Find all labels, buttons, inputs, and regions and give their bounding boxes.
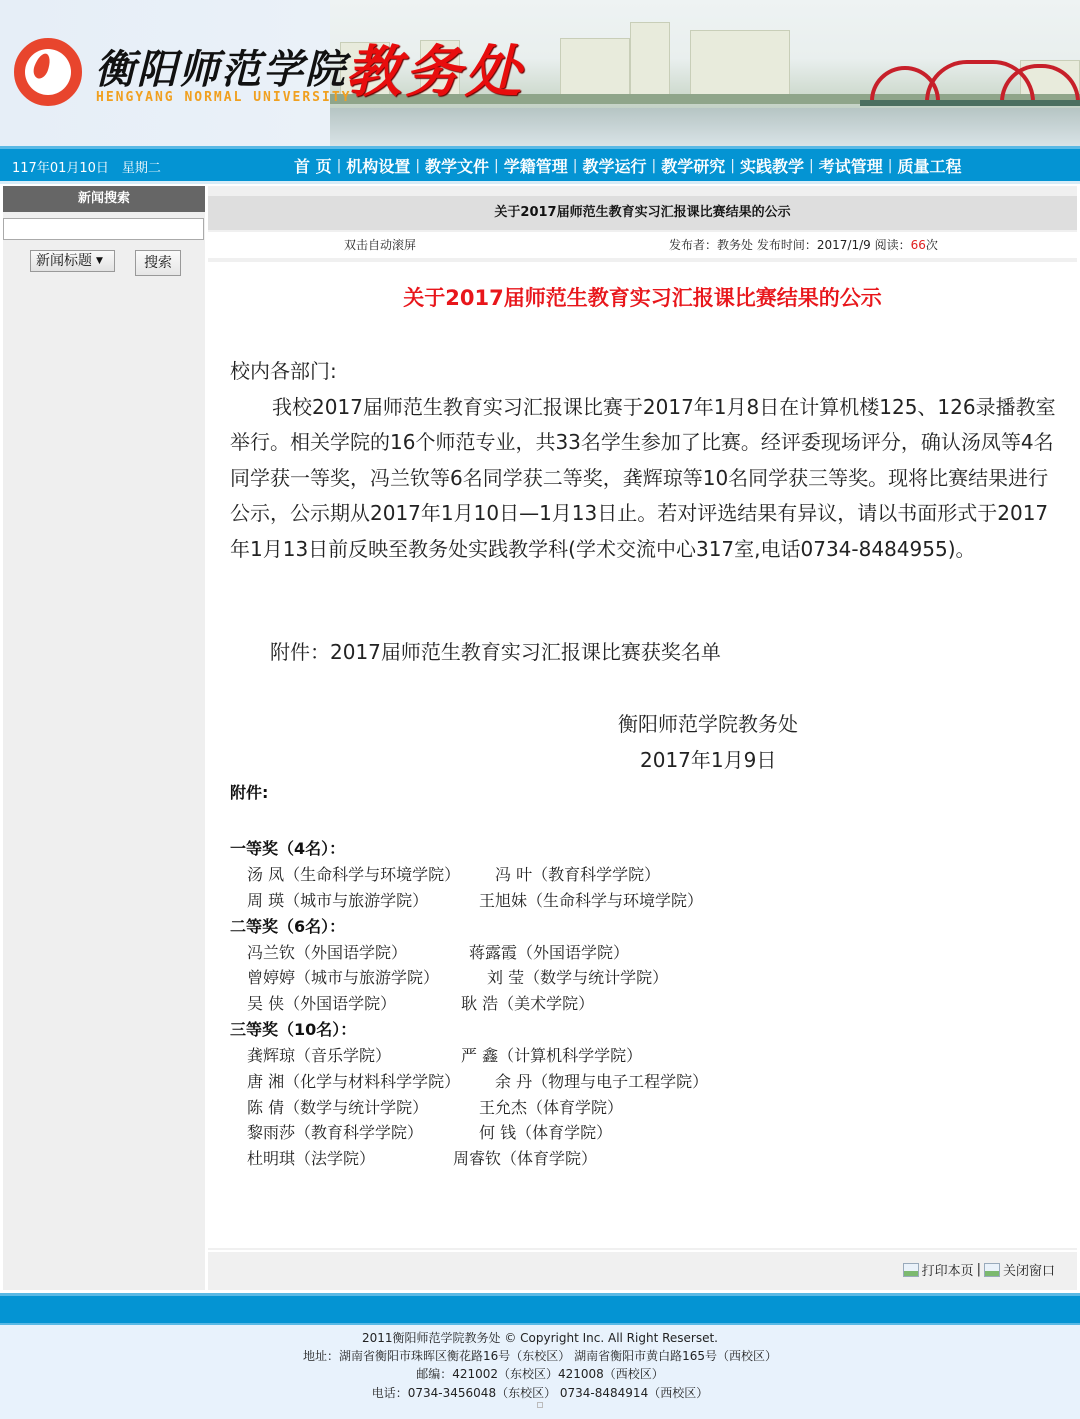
footer-postcode: 邮编：421002（东校区）421008（西校区）	[0, 1365, 1080, 1383]
university-logo	[14, 38, 82, 106]
greeting: 校内各部门:	[230, 354, 1060, 390]
attachment-line: 附件：2017届师范生教育实习汇报课比赛获奖名单	[270, 636, 721, 665]
signature: 衡阳师范学院教务处	[618, 708, 798, 737]
nav-exam-management[interactable]: 考试管理	[815, 154, 887, 177]
article-body: 校内各部门: 我校2017届师范生教育实习汇报课比赛于2017年1月8日在计算机…	[230, 354, 1060, 568]
award-row: 曾婷婷（城市与旅游学院）刘 莹（数学与统计学院）	[230, 965, 356, 991]
award-row: 冯兰钦（外国语学院）蒋露霞（外国语学院）	[230, 940, 356, 966]
footer-bar	[0, 1293, 1080, 1325]
nav-student-status[interactable]: 学籍管理	[500, 154, 572, 177]
award-row: 陈 倩（数学与统计学院）王允杰（体育学院）	[230, 1095, 356, 1121]
footer: 2011衡阳师范学院教务处 © Copyright Inc. All Right…	[0, 1325, 1080, 1419]
publish-info: 发布者：教务处 发布时间：2017/1/9 阅读：66次	[669, 232, 938, 258]
award-row: 吴 侠（外国语学院）耿 浩（美术学院）	[230, 991, 356, 1017]
search-button[interactable]: 搜索	[135, 250, 181, 276]
article-content: 关于2017届师范生教育实习汇报课比赛结果的公示 校内各部门: 我校2017届师…	[208, 262, 1077, 1248]
award-heading-second: 二等奖（6名）：	[230, 914, 356, 940]
nav-home[interactable]: 首 页	[290, 154, 336, 177]
close-window-link[interactable]: 关闭窗口	[1003, 1260, 1055, 1279]
nav-separator: |	[336, 158, 343, 174]
nav-quality-engineering[interactable]: 质量工程	[893, 154, 965, 177]
award-row: 黎雨莎（教育科学学院）何 钱（体育学院）	[230, 1120, 356, 1146]
award-row: 唐 湘（化学与材料科学学院）余 丹（物理与电子工程学院）	[230, 1069, 356, 1095]
department-title: 教务处	[345, 28, 525, 108]
award-list: 一等奖（4名）： 汤 凤（生命科学与环境学院）冯 叶（教育科学学院） 周 瑛（城…	[230, 836, 356, 1172]
close-window-icon[interactable]	[984, 1263, 1000, 1277]
main-nav-bar: 117年01月10日 星期二 首 页 | 机构设置 | 教学文件 | 学籍管理 …	[0, 146, 1080, 184]
nav-separator: |	[729, 158, 736, 174]
nav-teaching-documents[interactable]: 教学文件	[421, 154, 493, 177]
signature-date: 2017年1月9日	[640, 744, 776, 773]
footer-small-icon	[537, 1402, 543, 1408]
search-field-value: 新闻标题	[36, 253, 92, 269]
nav-separator: |	[493, 158, 500, 174]
award-row: 龚辉琼（音乐学院）严 鑫（计算机科学学院）	[230, 1043, 356, 1069]
article-tools: 打印本页 | 关闭窗口	[208, 1250, 1077, 1284]
publisher: 教务处	[717, 238, 753, 252]
news-search-title: 新闻搜索	[3, 186, 205, 212]
award-row: 汤 凤（生命科学与环境学院）冯 叶（教育科学学院）	[230, 862, 356, 888]
tools-separator: |	[977, 1262, 981, 1277]
award-heading-third: 三等奖（10名）：	[230, 1017, 356, 1043]
nav-separator: |	[651, 158, 658, 174]
nav-organization[interactable]: 机构设置	[342, 154, 414, 177]
print-icon[interactable]	[903, 1263, 919, 1277]
article-meta: 双击自动滚屏 发布者：教务处 发布时间：2017/1/9 阅读：66次	[208, 232, 1077, 258]
dropdown-arrow-icon: ▼	[96, 256, 103, 266]
main-nav: 首 页 | 机构设置 | 教学文件 | 学籍管理 | 教学运行 | 教学研究 |…	[290, 154, 965, 177]
nav-separator: |	[887, 158, 894, 174]
award-row: 周 瑛（城市与旅游学院）王旭妹（生命科学与环境学院）	[230, 888, 356, 914]
publish-time: 2017/1/9	[817, 238, 871, 252]
nav-separator: |	[414, 158, 421, 174]
print-page-link[interactable]: 打印本页	[922, 1260, 974, 1279]
award-row: 杜明琪（法学院）周睿钦（体育学院）	[230, 1146, 356, 1172]
search-field-select[interactable]: 新闻标题▼	[30, 250, 115, 272]
article-panel: 关于2017届师范生教育实习汇报课比赛结果的公示 双击自动滚屏 发布者：教务处 …	[208, 186, 1077, 1290]
attachment-label: 附件:	[230, 780, 268, 803]
footer-phone: 电话：0734-3456048（东校区） 0734-8484914（西校区）	[0, 1384, 1080, 1402]
article-title: 关于2017届师范生教育实习汇报课比赛结果的公示	[208, 282, 1077, 312]
nav-separator: |	[808, 158, 815, 174]
school-name-cn: 衡阳师范学院	[95, 38, 347, 95]
read-count: 66	[911, 238, 926, 252]
article-header-title: 关于2017届师范生教育实习汇报课比赛结果的公示	[208, 196, 1077, 230]
body-paragraph: 我校2017届师范生教育实习汇报课比赛于2017年1月8日在计算机楼125、12…	[230, 390, 1060, 568]
auto-scroll-hint[interactable]: 双击自动滚屏	[344, 232, 416, 258]
nav-teaching-operation[interactable]: 教学运行	[579, 154, 651, 177]
footer-copyright: 2011衡阳师范学院教务处 © Copyright Inc. All Right…	[0, 1329, 1080, 1347]
site-banner: 衡阳师范学院 HENGYANG NORMAL UNIVERSITY 教务处	[0, 0, 1080, 146]
award-heading-first: 一等奖（4名）：	[230, 836, 356, 862]
school-name-en: HENGYANG NORMAL UNIVERSITY	[96, 90, 352, 105]
sidebar: 新闻搜索 新闻标题▼ 搜索	[3, 186, 205, 1290]
nav-practice-teaching[interactable]: 实践教学	[736, 154, 808, 177]
current-date: 117年01月10日 星期二	[12, 157, 161, 176]
nav-separator: |	[572, 158, 579, 174]
nav-teaching-research[interactable]: 教学研究	[657, 154, 729, 177]
news-search-input[interactable]	[3, 218, 204, 240]
footer-address: 地址：湖南省衡阳市珠晖区衡花路16号（东校区） 湖南省衡阳市黄白路165号（西校…	[0, 1347, 1080, 1365]
